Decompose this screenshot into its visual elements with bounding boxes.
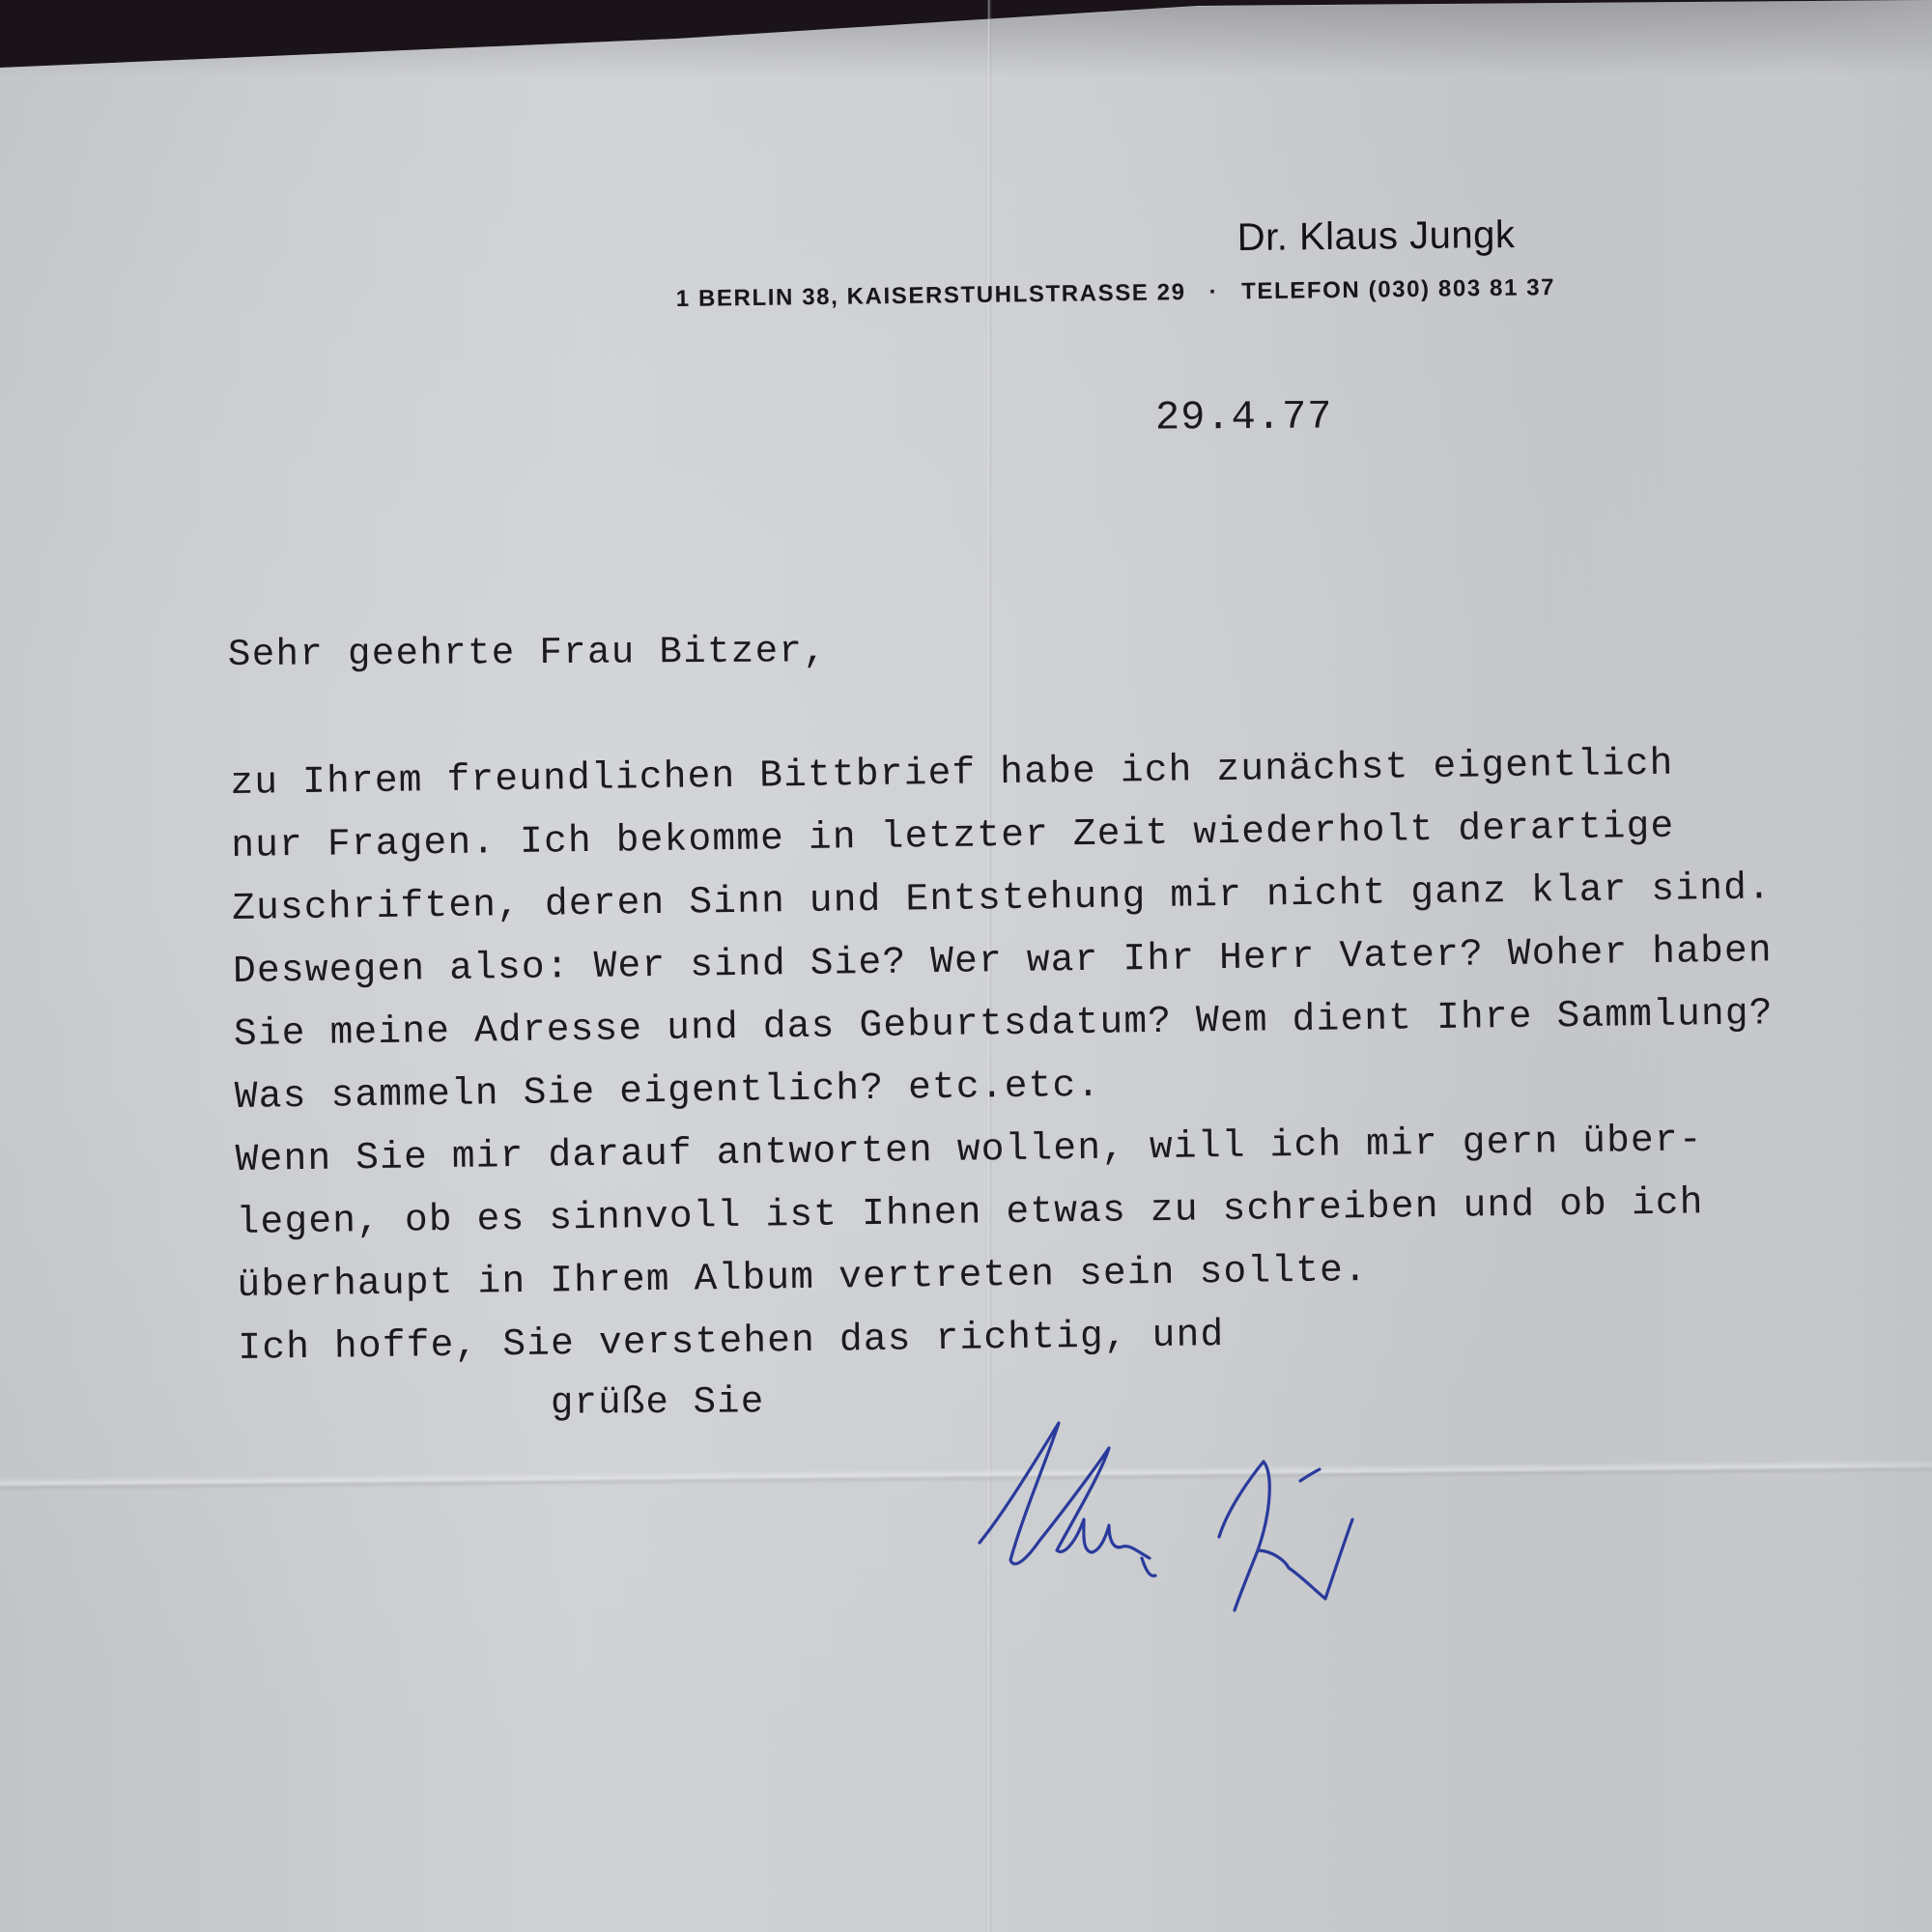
letterhead-address: 1 BERLIN 38, KAISERSTUHLSTRASSE 29 [676, 279, 1186, 312]
letterhead-name: Dr. Klaus Jungk [1237, 213, 1516, 260]
paper-right-shade [1816, 0, 1932, 1932]
letter-body: zu Ihrem freundlichen Bittbrief habe ich… [230, 730, 1778, 1379]
letter-closing: grüße Sie [551, 1380, 765, 1424]
letter-photo: Dr. Klaus Jungk 1 BERLIN 38, KAISERSTUHL… [0, 0, 1932, 1932]
letterhead-phone: TELEFON (030) 803 81 37 [1241, 274, 1555, 304]
letter-salutation: Sehr geehrte Frau Bitzer, [228, 630, 827, 676]
letter-date: 29.4.77 [1155, 394, 1333, 441]
letterhead-separator: · [1208, 279, 1218, 306]
handwritten-signature-icon [956, 1406, 1381, 1637]
